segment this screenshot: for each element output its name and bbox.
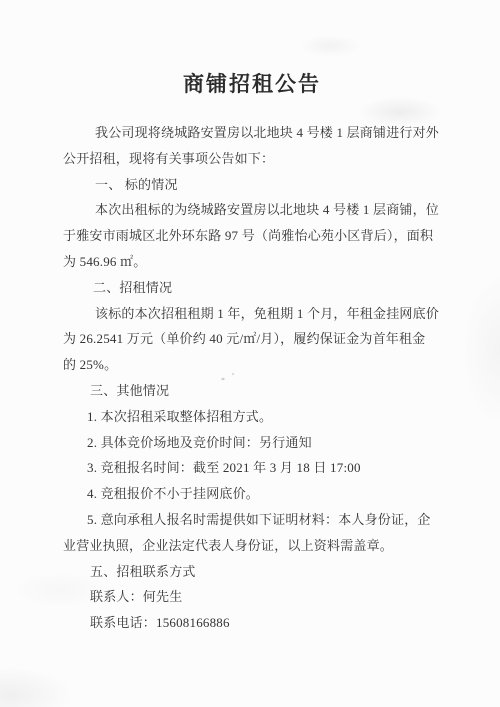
doc-list-item-5-2: 业营业执照，企业法定代表人身份证，以上资料需盖章。 xyxy=(63,533,441,559)
doc-heading-section-3: 三、其他情况 xyxy=(63,378,441,404)
doc-list-item-4: 4. 竞租报价不小于挂网底价。 xyxy=(63,481,441,507)
document-content: 商铺招租公告 我公司现将绕城路安置房以北地块 4 号楼 1 层商铺进行对外 公开… xyxy=(63,0,441,636)
doc-line-intro-1: 我公司现将绕城路安置房以北地块 4 号楼 1 层商铺进行对外 xyxy=(63,120,441,146)
doc-line-target-1: 本次出租标的为绕城路安置房以北地块 4 号楼 1 层商铺，位 xyxy=(63,197,441,223)
doc-line-lease-3: 的 25%。 xyxy=(63,352,441,378)
document-page: 商铺招租公告 我公司现将绕城路安置房以北地块 4 号楼 1 层商铺进行对外 公开… xyxy=(0,0,500,707)
doc-line-lease-2: 为 26.2541 万元（单价约 40 元/㎡/月），履约保证金为首年租金 xyxy=(63,326,441,352)
doc-list-item-2: 2. 具体竞价场地及竞价时间：另行通知 xyxy=(63,430,441,456)
doc-heading-section-2: 二、招租情况 xyxy=(63,275,441,301)
doc-list-item-1: 1. 本次招租采取整体招租方式。 xyxy=(63,404,441,430)
doc-contact-person-line: 联系人：何先生 xyxy=(63,584,441,610)
doc-heading-section-1: 一、 标的情况 xyxy=(63,172,441,198)
doc-line-target-3: 为 546.96 ㎡。 xyxy=(63,249,441,275)
doc-line-lease-1: 该标的本次招租租期 1 年，免租期 1 个月，年租金挂网底价 xyxy=(63,301,441,327)
doc-heading-section-5: 五、招租联系方式 xyxy=(63,559,441,585)
doc-line-intro-2: 公开招租，现将有关事项公告如下： xyxy=(63,146,441,172)
document-title: 商铺招租公告 xyxy=(63,70,441,98)
doc-list-item-5-1: 5. 意向承租人报名时需提供如下证明材料：本人身份证，企 xyxy=(63,507,441,533)
doc-contact-phone-line: 联系电话：15608166886 xyxy=(63,610,441,636)
doc-list-item-3: 3. 竞租报名时间：截至 2021 年 3 月 18 日 17:00 xyxy=(63,455,441,481)
doc-line-target-2: 于雅安市雨城区北外环东路 97 号（尚雅怡心苑小区背后），面积 xyxy=(63,223,441,249)
